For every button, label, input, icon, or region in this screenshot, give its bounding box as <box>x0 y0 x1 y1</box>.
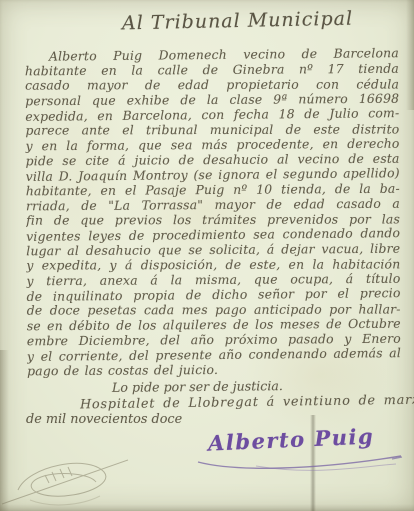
closing-formula: Lo pide por ser de justicia. <box>112 378 283 395</box>
manuscript-line: casado mayor de edad propietario con céd… <box>25 76 399 92</box>
paper-edge-shadow <box>406 0 414 110</box>
pencil-scribble <box>0 438 135 511</box>
place-and-date: Hospitalet de Llobregat á veintiuno de m… <box>80 393 414 413</box>
date-year-line: de mil novecientos doce <box>26 412 182 427</box>
document-title: Al Tribunal Municipal <box>122 8 353 35</box>
petition-body: Alberto Puig Domenech vecino de Barcelon… <box>25 46 401 379</box>
manuscript-line: y expedita, y á disposición, de este, en… <box>26 256 400 272</box>
manuscript-page: Al Tribunal Municipal Alberto Puig Domen… <box>0 0 414 511</box>
manuscript-line: pago de las costas del juicio. <box>27 361 401 379</box>
manuscript-line: parece ante el tribunal municipal de est… <box>25 121 399 137</box>
manuscript-line: de doce pesetas cada mes pago anticipado… <box>27 301 401 317</box>
signature-flourish <box>196 450 408 478</box>
